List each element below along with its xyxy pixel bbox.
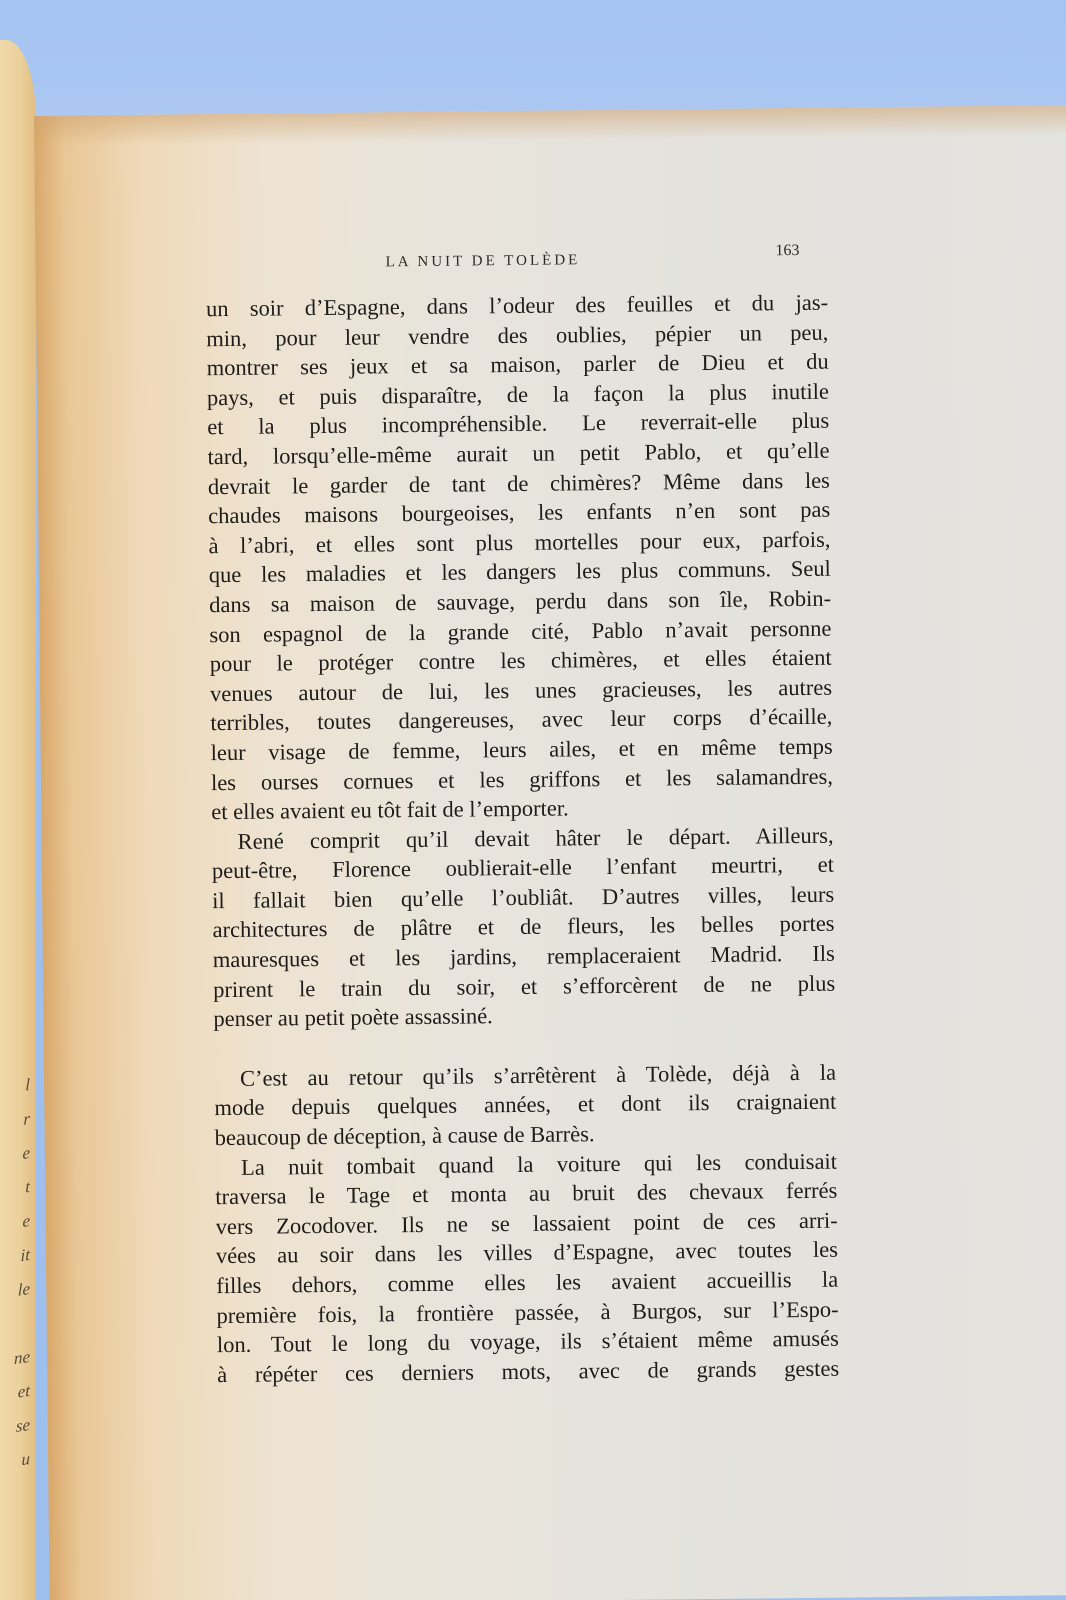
running-head: La nuit de Tolède — [385, 252, 580, 271]
fragment: le — [0, 1272, 30, 1310]
fragment: t — [0, 1170, 30, 1208]
fragment: et — [0, 1374, 30, 1412]
fragment: e — [0, 1204, 30, 1242]
paragraph-4: La nuit tombait quand la voiture qui les… — [215, 1146, 839, 1389]
fragment: e — [0, 1136, 30, 1174]
paragraph-2: René comprit qu’il devait hâter le dépar… — [211, 820, 835, 1034]
fragment — [0, 1306, 30, 1344]
body-text: un soir d’Espagne, dans l’odeur des feui… — [206, 288, 839, 1390]
fragment: u — [0, 1442, 30, 1480]
paragraph-3: C’est au retour qu’ils s’arrêtèrent à To… — [214, 1057, 837, 1152]
fragment: ne — [0, 1340, 30, 1378]
fragment: r — [0, 1102, 30, 1140]
fragment: se — [0, 1408, 30, 1446]
book-page: La nuit de Tolède 163 un soir d’Espagne,… — [34, 105, 1066, 1600]
fragment: it — [0, 1238, 30, 1276]
paragraph-1: un soir d’Espagne, dans l’odeur des feui… — [206, 288, 834, 827]
page-number: 163 — [775, 242, 799, 260]
fragment: l — [0, 1068, 30, 1106]
text-line: à répéter ces derniers mots, avec de gra… — [217, 1353, 839, 1389]
previous-page-edge: l r e t e it le ne et se u — [0, 40, 36, 1600]
previous-page-text-fragments: l r e t e it le ne et se u — [0, 1068, 30, 1480]
